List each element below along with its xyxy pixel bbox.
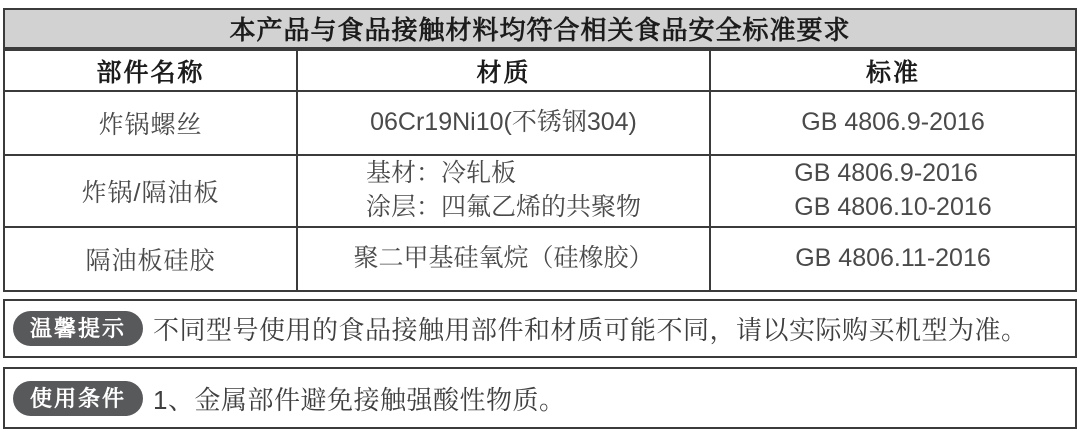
usage-conditions-box: 使用条件 1、金属部件避免接触强酸性物质。 [3,367,1077,429]
material-line: 基材：冷轧板 [366,157,641,191]
material-cell: 06Cr19Ni10(不锈钢304) [297,91,710,155]
usage-conditions-badge: 使用条件 [13,381,143,416]
column-header-material: 材质 [297,49,710,91]
table-title-row: 本产品与食品接触材料均符合相关食品安全标准要求 [4,9,1076,49]
part-name: 炸锅/隔油板 [4,155,297,227]
warm-tips-badge: 温馨提示 [13,311,143,346]
material-cell: 聚二甲基硅氧烷（硅橡胶） [297,227,710,291]
table-row: 炸锅螺丝 06Cr19Ni10(不锈钢304) GB 4806.9-2016 [4,91,1076,155]
column-header-standard: 标准 [710,49,1076,91]
food-safety-compliance-table: 本产品与食品接触材料均符合相关食品安全标准要求 部件名称 材质 标准 炸锅螺丝 … [3,8,1077,292]
standard-cell: GB 4806.9-2016 GB 4806.10-2016 [710,155,1076,227]
material-cell: 基材：冷轧板 涂层：四氟乙烯的共聚物 [297,155,710,227]
table-header-row: 部件名称 材质 标准 [4,49,1076,91]
warm-tips-box: 温馨提示 不同型号使用的食品接触用部件和材质可能不同，请以实际购买机型为准。 [3,299,1077,358]
standard-cell: GB 4806.11-2016 [710,227,1076,291]
standard-line: GB 4806.11-2016 [795,242,991,276]
part-name: 隔油板硅胶 [4,227,297,291]
standard-cell: GB 4806.9-2016 [710,91,1076,155]
standard-line: GB 4806.9-2016 [801,106,984,140]
material-line: 06Cr19Ni10(不锈钢304) [370,106,637,140]
material-line: 涂层：四氟乙烯的共聚物 [366,191,641,225]
food-contact-compliance-page: 本产品与食品接触材料均符合相关食品安全标准要求 部件名称 材质 标准 炸锅螺丝 … [0,0,1080,438]
part-name: 炸锅螺丝 [4,91,297,155]
table-title: 本产品与食品接触材料均符合相关食品安全标准要求 [4,9,1076,49]
usage-conditions-text: 1、金属部件避免接触强酸性物质。 [153,380,565,417]
column-header-part: 部件名称 [4,49,297,91]
standard-line: GB 4806.10-2016 [794,191,991,225]
table-row: 隔油板硅胶 聚二甲基硅氧烷（硅橡胶） GB 4806.11-2016 [4,227,1076,291]
warm-tips-text: 不同型号使用的食品接触用部件和材质可能不同，请以实际购买机型为准。 [153,310,1028,347]
material-line: 聚二甲基硅氧烷（硅橡胶） [353,242,653,276]
table-row: 炸锅/隔油板 基材：冷轧板 涂层：四氟乙烯的共聚物 GB 4806.9-2016… [4,155,1076,227]
standard-line: GB 4806.9-2016 [794,157,991,191]
